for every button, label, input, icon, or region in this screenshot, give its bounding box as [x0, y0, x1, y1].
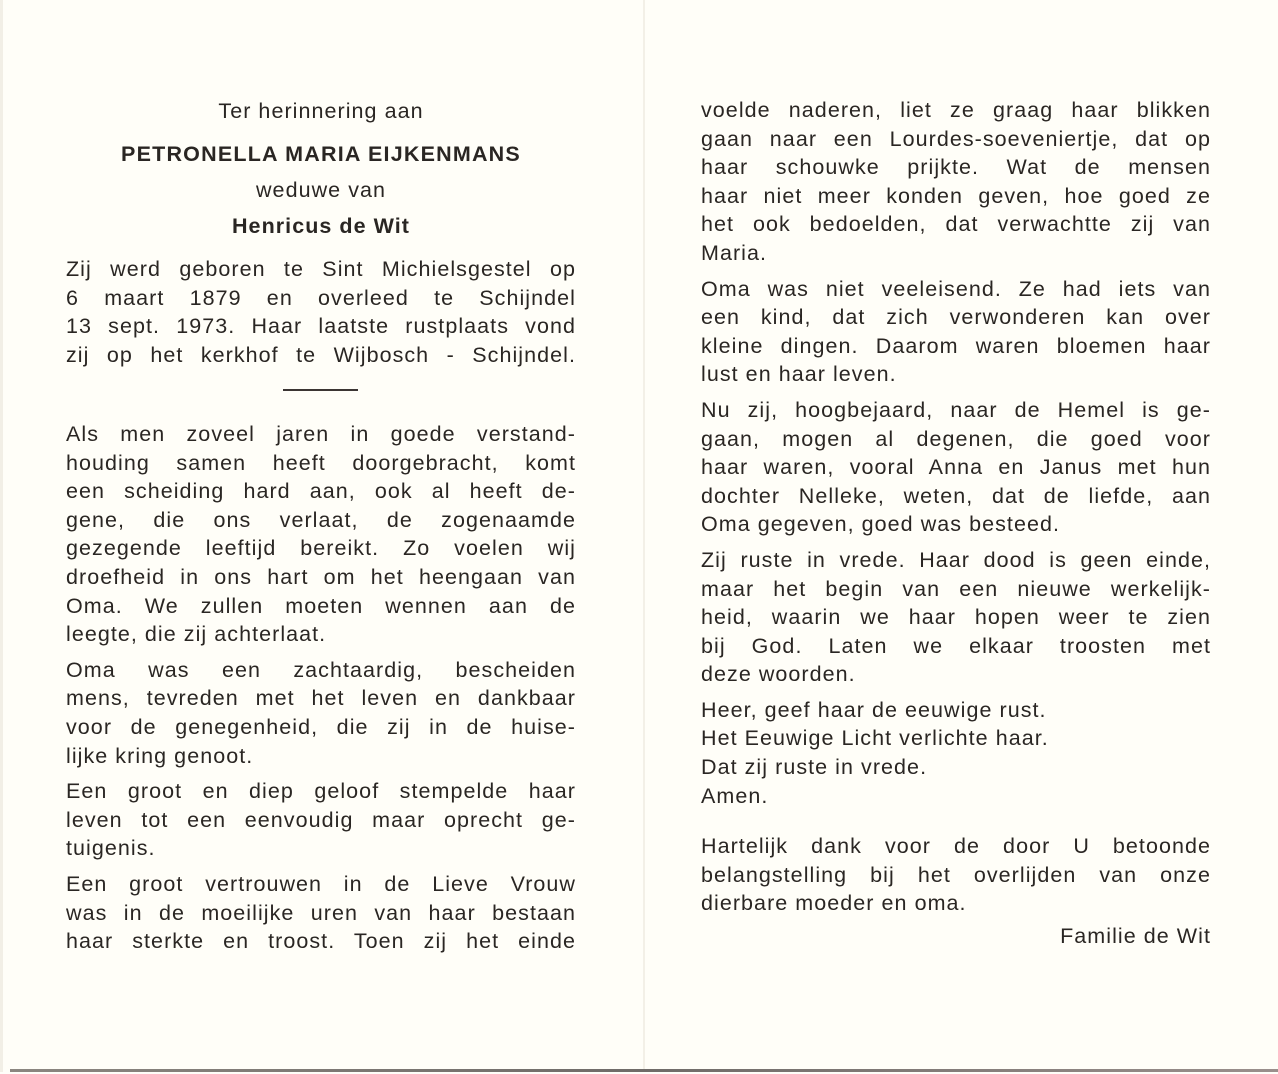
- text-line: was in de moeilijke uren van haar bestaa…: [66, 899, 576, 928]
- paragraph: Oma was niet veeleisend. Ze had iets van…: [701, 275, 1211, 389]
- prayer: Heer, geef haar de eeuwige rust. Het Eeu…: [701, 696, 1211, 810]
- text-line: gezegende leeftijd bereikt. Zo voelen wi…: [66, 534, 576, 563]
- text-line: maar het begin van een nieuwe werkelijk-: [701, 575, 1211, 604]
- text-line: voor de genegenheid, die zij in de huise…: [66, 713, 576, 742]
- text-line: haar schouwke prijkte. Wat de mensen: [701, 153, 1211, 182]
- text-line: Hartelijk dank voor de door U betoonde: [701, 832, 1211, 861]
- right-body: voelde naderen, liet ze graag haar blikk…: [701, 96, 1211, 951]
- text-line: heid, waarin we haar hopen weer te zien: [701, 603, 1211, 632]
- text-line: Nu zij, hoogbejaard, naar de Hemel is ge…: [701, 396, 1211, 425]
- text-line: Als men zoveel jaren in goede verstand-: [66, 420, 576, 449]
- text-line: houding samen heeft doorgebracht, komt: [66, 449, 576, 478]
- text-line: een kind, dat zich verwonderen kan over: [701, 303, 1211, 332]
- spouse-name: Henricus de Wit: [66, 212, 576, 241]
- text-line: mens, tevreden met het leven en dankbaar: [66, 684, 576, 713]
- bio-paragraph: Zij werd geboren te Sint Michielsgestel …: [66, 255, 576, 369]
- text-line: kleine dingen. Daarom waren bloemen haar: [701, 332, 1211, 361]
- prayer-line: Dat zij ruste in vrede.: [701, 753, 1211, 782]
- text-line: Oma was niet veeleisend. Ze had iets van: [701, 275, 1211, 304]
- deceased-name: PETRONELLA MARIA EIJKENMANS: [66, 140, 576, 169]
- card-bottom-edge: [10, 1069, 1278, 1072]
- text-line: gene, die ons verlaat, de zogenaamde: [66, 506, 576, 535]
- paragraph: Als men zoveel jaren in goede verstand- …: [66, 420, 576, 649]
- divider-line: [283, 389, 358, 391]
- bio-line: zij op het kerkhof te Wijbosch - Schijnd…: [66, 341, 576, 370]
- text-line: tuigenis.: [66, 834, 576, 863]
- text-line: dierbare moeder en oma.: [701, 889, 1211, 918]
- text-line: Oma gegeven, goed was besteed.: [701, 510, 1211, 539]
- text-line: belangstelling bij het overlijden van on…: [701, 861, 1211, 890]
- paragraph: voelde naderen, liet ze graag haar blikk…: [701, 96, 1211, 268]
- text-line: lust en haar leven.: [701, 360, 1211, 389]
- text-line: leven tot een eenvoudig maar oprecht ge-: [66, 806, 576, 835]
- text-line: bij God. Laten we elkaar troosten met: [701, 632, 1211, 661]
- text-line: lijke kring genoot.: [66, 742, 576, 771]
- relation-text: weduwe van: [66, 176, 576, 205]
- text-line: Oma. We zullen moeten wennen aan de: [66, 592, 576, 621]
- text-line: leegte, die zij achterlaat.: [66, 620, 576, 649]
- text-line: Een groot vertrouwen in de Lieve Vrouw: [66, 870, 576, 899]
- text-line: dochter Nelleke, weten, dat de liefde, a…: [701, 482, 1211, 511]
- paragraph: Zij ruste in vrede. Haar dood is geen ei…: [701, 546, 1211, 689]
- prayer-line: Amen.: [701, 782, 1211, 811]
- text-line: haar waren, vooral Anna en Janus met hun: [701, 453, 1211, 482]
- bio-line: 13 sept. 1973. Haar laatste rustplaats v…: [66, 312, 576, 341]
- text-line: Oma was een zachtaardig, bescheiden: [66, 656, 576, 685]
- paragraph: Nu zij, hoogbejaard, naar de Hemel is ge…: [701, 396, 1211, 539]
- signature: Familie de Wit: [701, 922, 1211, 951]
- left-body: Als men zoveel jaren in goede verstand- …: [66, 420, 576, 963]
- bio-line: 6 maart 1879 en overleed te Schijndel: [66, 284, 576, 313]
- intro-text: Ter herinnering aan: [66, 97, 576, 126]
- text-line: het ook bedoelden, dat verwachtte zij va…: [701, 210, 1211, 239]
- text-line: gaan naar een Lourdes-soeveniertje, dat …: [701, 125, 1211, 154]
- text-line: gaan, mogen al degenen, die goed voor: [701, 425, 1211, 454]
- text-line: een scheiding hard aan, ook al heeft de-: [66, 477, 576, 506]
- text-line: Een groot en diep geloof stempelde haar: [66, 777, 576, 806]
- text-line: haar niet meer konden geven, hoe goed ze: [701, 182, 1211, 211]
- text-line: haar sterkte en troost. Toen zij het ein…: [66, 927, 576, 956]
- thanks-paragraph: Hartelijk dank voor de door U betoonde b…: [701, 832, 1211, 918]
- paragraph: Oma was een zachtaardig, bescheiden mens…: [66, 656, 576, 770]
- prayer-line: Het Eeuwige Licht verlichte haar.: [701, 724, 1211, 753]
- paragraph: Een groot en diep geloof stempelde haar …: [66, 777, 576, 863]
- text-line: voelde naderen, liet ze graag haar blikk…: [701, 96, 1211, 125]
- bio-line: Zij werd geboren te Sint Michielsgestel …: [66, 255, 576, 284]
- text-line: deze woorden.: [701, 660, 1211, 689]
- card-fold: [643, 0, 645, 1072]
- paragraph: Een groot vertrouwen in de Lieve Vrouw w…: [66, 870, 576, 956]
- prayer-line: Heer, geef haar de eeuwige rust.: [701, 696, 1211, 725]
- text-line: Zij ruste in vrede. Haar dood is geen ei…: [701, 546, 1211, 575]
- text-line: droefheid in ons hart om het heengaan va…: [66, 563, 576, 592]
- text-line: Maria.: [701, 239, 1211, 268]
